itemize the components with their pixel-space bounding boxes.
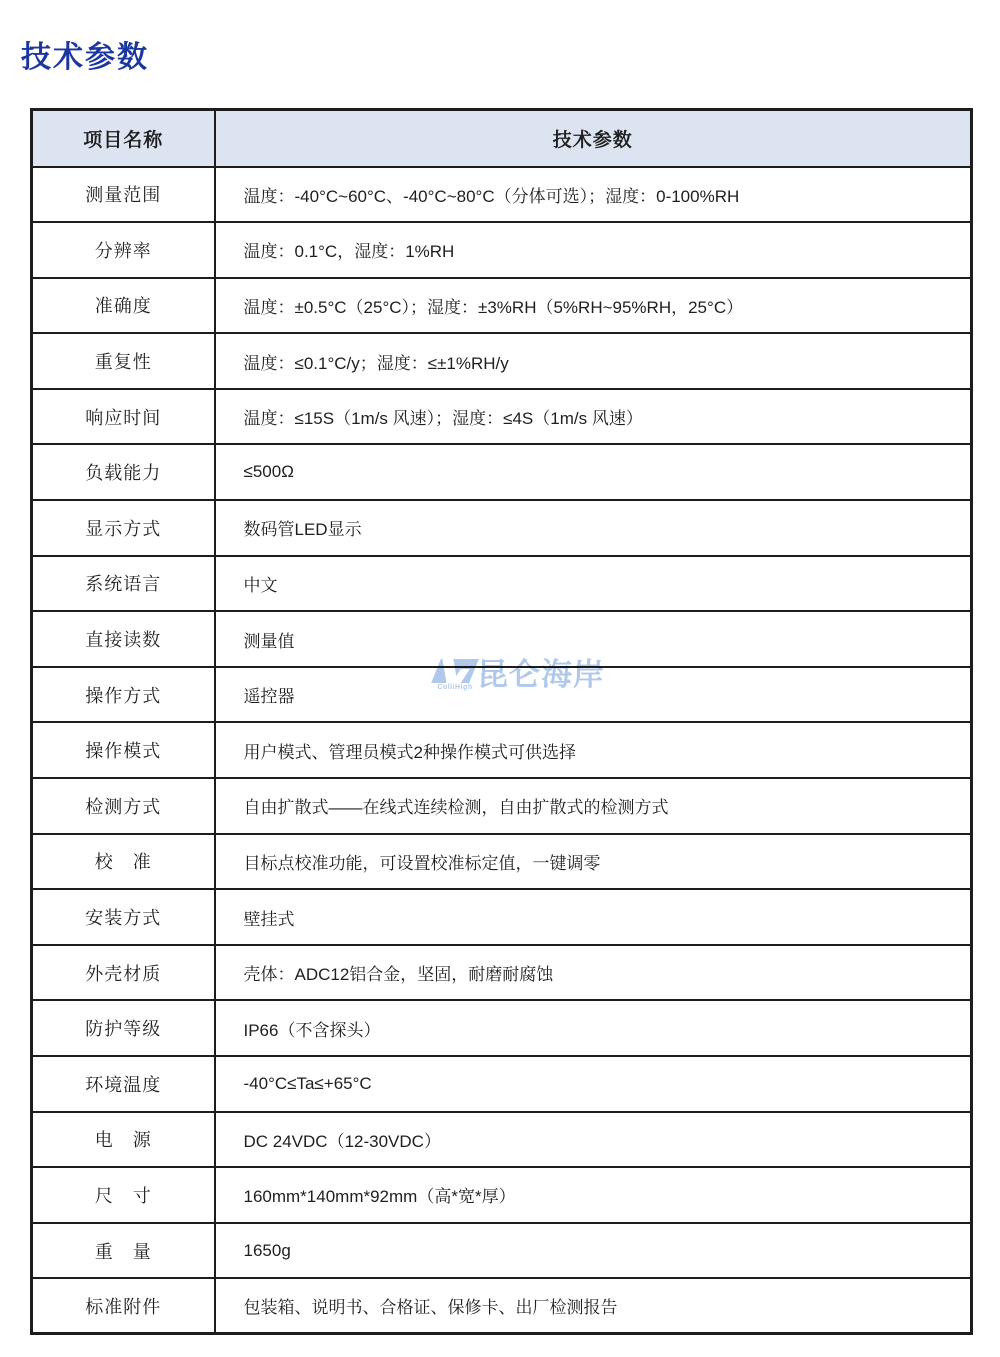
param-value-cell: 温度：0.1°C，湿度：1%RH (215, 222, 972, 278)
table-row: 电 源DC 24VDC（12-30VDC） (32, 1112, 972, 1168)
param-name-cell: 标准附件 (32, 1278, 215, 1334)
table-row: 防护等级IP66（不含探头） (32, 1000, 972, 1056)
param-name-cell: 安装方式 (32, 889, 215, 945)
table-row: 重复性温度：≤0.1°C/y；湿度：≤±1%RH/y (32, 333, 972, 389)
table-row: 操作模式用户模式、管理员模式2种操作模式可供选择 (32, 722, 972, 778)
table-row: 外壳材质壳体：ADC12铝合金，坚固，耐磨耐腐蚀 (32, 945, 972, 1001)
table-row: 显示方式数码管LED显示 (32, 500, 972, 556)
table-row: 尺 寸160mm*140mm*92mm（高*宽*厚） (32, 1167, 972, 1223)
param-name-cell: 准确度 (32, 278, 215, 334)
param-name-cell: 负载能力 (32, 444, 215, 500)
param-value-cell: 温度：≤0.1°C/y；湿度：≤±1%RH/y (215, 333, 972, 389)
spec-table-body: 测量范围温度：-40°C~60°C、-40°C~80°C（分体可选）；湿度：0-… (32, 167, 972, 1334)
param-value-cell: DC 24VDC（12-30VDC） (215, 1112, 972, 1168)
param-value-cell: 160mm*140mm*92mm（高*宽*厚） (215, 1167, 972, 1223)
table-row: 检测方式自由扩散式——在线式连续检测，自由扩散式的检测方式 (32, 778, 972, 834)
param-value-cell: 1650g (215, 1223, 972, 1279)
spec-table-header: 项目名称 技术参数 (32, 110, 972, 167)
table-row: 操作方式遥控器 (32, 667, 972, 723)
page: { "page": { "title": "技术参数" }, "table": … (0, 0, 1000, 1357)
param-value-cell: 数码管LED显示 (215, 500, 972, 556)
param-value-cell: 壁挂式 (215, 889, 972, 945)
table-row: 安装方式壁挂式 (32, 889, 972, 945)
param-name-cell: 系统语言 (32, 556, 215, 612)
param-name-cell: 响应时间 (32, 389, 215, 445)
table-row: 环境温度-40°C≤Ta≤+65°C (32, 1056, 972, 1112)
table-row: 直接读数测量值 (32, 611, 972, 667)
param-value-cell: 中文 (215, 556, 972, 612)
page-title: 技术参数 (21, 32, 149, 76)
param-value-cell: 壳体：ADC12铝合金，坚固，耐磨耐腐蚀 (215, 945, 972, 1001)
spec-table: 项目名称 技术参数 测量范围温度：-40°C~60°C、-40°C~80°C（分… (30, 108, 973, 1335)
param-name-cell: 显示方式 (32, 500, 215, 556)
param-value-cell: IP66（不含探头） (215, 1000, 972, 1056)
param-value-cell: 遥控器 (215, 667, 972, 723)
table-row: 响应时间温度：≤15S（1m/s 风速）；湿度：≤4S（1m/s 风速） (32, 389, 972, 445)
param-name-cell: 防护等级 (32, 1000, 215, 1056)
param-name-cell: 外壳材质 (32, 945, 215, 1001)
table-row: 准确度温度：±0.5°C（25°C）；湿度：±3%RH（5%RH~95%RH，2… (32, 278, 972, 334)
param-value-cell: 目标点校准功能，可设置校准标定值，一键调零 (215, 834, 972, 890)
param-name-cell: 电 源 (32, 1112, 215, 1168)
param-value-cell: 测量值 (215, 611, 972, 667)
header-row: 项目名称 技术参数 (32, 110, 972, 167)
table-row: 负载能力≤500Ω (32, 444, 972, 500)
param-name-cell: 重复性 (32, 333, 215, 389)
param-name-cell: 检测方式 (32, 778, 215, 834)
param-name-cell: 重 量 (32, 1223, 215, 1279)
header-tech-params: 技术参数 (215, 110, 972, 167)
param-value-cell: 用户模式、管理员模式2种操作模式可供选择 (215, 722, 972, 778)
param-value-cell: 温度：±0.5°C（25°C）；湿度：±3%RH（5%RH~95%RH，25°C… (215, 278, 972, 334)
param-name-cell: 环境温度 (32, 1056, 215, 1112)
param-value-cell: -40°C≤Ta≤+65°C (215, 1056, 972, 1112)
param-value-cell: 温度：≤15S（1m/s 风速）；湿度：≤4S（1m/s 风速） (215, 389, 972, 445)
header-item-name: 项目名称 (32, 110, 215, 167)
param-value-cell: 温度：-40°C~60°C、-40°C~80°C（分体可选）；湿度：0-100%… (215, 167, 972, 223)
table-row: 测量范围温度：-40°C~60°C、-40°C~80°C（分体可选）；湿度：0-… (32, 167, 972, 223)
param-value-cell: 包装箱、说明书、合格证、保修卡、出厂检测报告 (215, 1278, 972, 1334)
table-row: 重 量1650g (32, 1223, 972, 1279)
param-name-cell: 分辨率 (32, 222, 215, 278)
param-name-cell: 尺 寸 (32, 1167, 215, 1223)
param-name-cell: 操作方式 (32, 667, 215, 723)
table-row: 校 准目标点校准功能，可设置校准标定值，一键调零 (32, 834, 972, 890)
table-row: 系统语言中文 (32, 556, 972, 612)
table-row: 标准附件包装箱、说明书、合格证、保修卡、出厂检测报告 (32, 1278, 972, 1334)
param-value-cell: 自由扩散式——在线式连续检测，自由扩散式的检测方式 (215, 778, 972, 834)
table-row: 分辨率温度：0.1°C，湿度：1%RH (32, 222, 972, 278)
param-name-cell: 校 准 (32, 834, 215, 890)
param-name-cell: 测量范围 (32, 167, 215, 223)
param-name-cell: 操作模式 (32, 722, 215, 778)
param-value-cell: ≤500Ω (215, 444, 972, 500)
param-name-cell: 直接读数 (32, 611, 215, 667)
